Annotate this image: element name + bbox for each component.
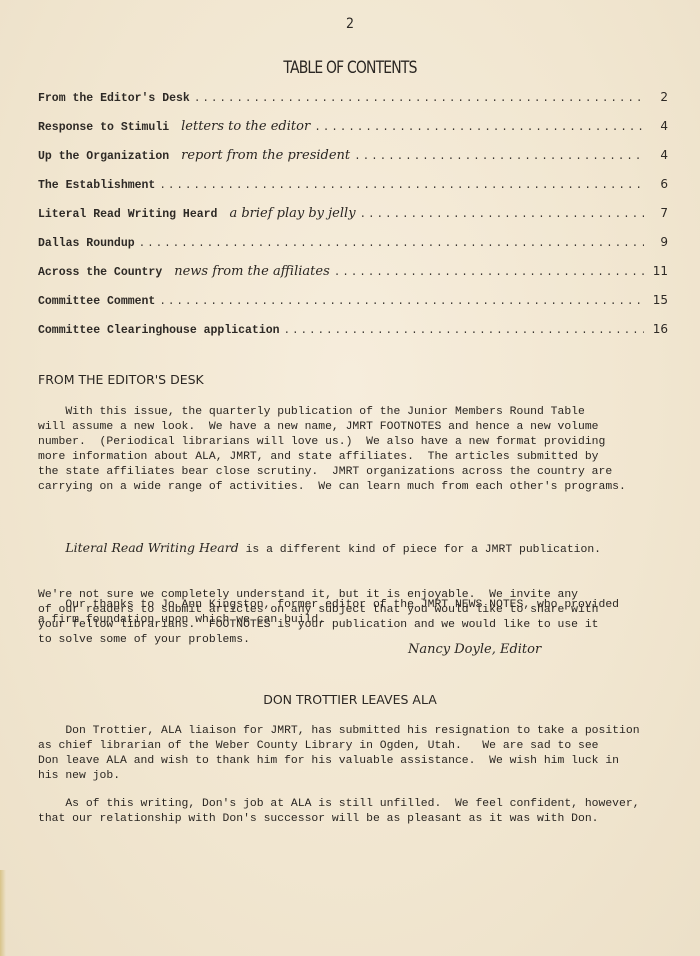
toc-entry-page: 11 [648, 264, 668, 278]
toc-entry-label: Across the Country [38, 266, 162, 279]
toc-entry-page: 4 [648, 148, 668, 162]
editors-desk-paragraph-3: Our thanks to Jo Ann Kingston, former ed… [38, 598, 698, 628]
text-line: a firm foundation upon which we can buil… [38, 613, 698, 628]
toc-entry-label: Committee Comment [38, 295, 155, 308]
dot-leader: ........................................… [139, 238, 644, 250]
dot-leader: ........................................… [360, 209, 644, 221]
text-line: that our relationship with Don's success… [38, 812, 698, 827]
text-line: With this issue, the quarterly publicati… [38, 405, 698, 420]
toc-entry: Committee Comment.......................… [38, 293, 668, 313]
text-line: As of this writing, Don's job at ALA is … [38, 797, 698, 812]
text-line: number. (Periodical librarians will love… [38, 435, 698, 450]
dot-leader: ........................................… [159, 180, 644, 192]
trottier-paragraph-2: As of this writing, Don's job at ALA is … [38, 797, 698, 827]
text-line: more information about ALA, JMRT, and st… [38, 450, 698, 465]
toc-entry-page: 6 [648, 177, 668, 191]
editor-signature: Nancy Doyle, Editor [408, 642, 541, 657]
toc-entry-page: 2 [648, 90, 668, 104]
toc-entry-label: Literal Read Writing Heard [38, 208, 217, 221]
toc-entry-subtitle: report from the president [181, 148, 350, 163]
toc-entry-page: 7 [648, 206, 668, 220]
page-edge-stain [0, 870, 6, 956]
page-number: 2 [0, 16, 700, 32]
text-line: carrying on a wide range of activities. … [38, 480, 698, 495]
toc-entry-label: Committee Clearinghouse application [38, 324, 280, 337]
toc-entry-label: Response to Stimuli [38, 121, 169, 134]
trottier-paragraph-1: Don Trottier, ALA liaison for JMRT, has … [38, 724, 698, 784]
text-line: as chief librarian of the Weber County L… [38, 739, 698, 754]
paragraph-first-line: Literal Read Writing Heard is a differen… [38, 540, 698, 558]
dot-leader: ........................................… [194, 93, 644, 105]
toc-entry: From the Editor's Desk..................… [38, 90, 668, 110]
toc-entry-subtitle: letters to the editor [181, 119, 310, 134]
toc-title: TABLE OF CONTENTS [63, 58, 637, 78]
text-line: Don leave ALA and wish to thank him for … [38, 754, 698, 769]
editors-desk-paragraph-2: Literal Read Writing Heard is a differen… [38, 510, 698, 678]
text-line: his new job. [38, 769, 698, 784]
editors-desk-paragraph-1: With this issue, the quarterly publicati… [38, 405, 698, 495]
toc-entry-label: Up the Organization [38, 150, 169, 163]
text-line: to solve some of your problems. [38, 633, 698, 648]
text-line: Don Trottier, ALA liaison for JMRT, has … [38, 724, 698, 739]
dot-leader: ........................................… [284, 325, 644, 337]
toc-entry-label: Dallas Roundup [38, 237, 135, 250]
dot-leader: ........................................… [354, 151, 644, 163]
toc-entry-subtitle: news from the affiliates [174, 264, 330, 279]
toc-entry-page: 15 [648, 293, 668, 307]
toc-entry: Committee Clearinghouse application.....… [38, 322, 668, 342]
toc-entry-page: 9 [648, 235, 668, 249]
toc-entry: Up the Organizationreport from the presi… [38, 148, 668, 168]
italic-title: Literal Read Writing Heard [65, 540, 238, 555]
toc-entry: Literal Read Writing Hearda brief play b… [38, 206, 668, 226]
document-page: 2 TABLE OF CONTENTS From the Editor's De… [0, 0, 700, 956]
text-line: the state affiliates bear close scrutiny… [38, 465, 698, 480]
toc-entry-subtitle: a brief play by jelly [229, 206, 355, 221]
toc-entry-page: 4 [648, 119, 668, 133]
toc-entry: Response to Stimuliletters to the editor… [38, 119, 668, 139]
toc-entry: Dallas Roundup..........................… [38, 235, 668, 255]
dot-leader: ........................................… [159, 296, 644, 308]
toc-entry-label: From the Editor's Desk [38, 92, 190, 105]
text-line: will assume a new look. We have a new na… [38, 420, 698, 435]
dot-leader: ........................................… [314, 122, 644, 134]
toc-entry-label: The Establishment [38, 179, 155, 192]
toc-entry-page: 16 [648, 322, 668, 336]
toc-entry: The Establishment.......................… [38, 177, 668, 197]
trottier-heading: DON TROTTIER LEAVES ALA [0, 692, 700, 707]
text-line: Our thanks to Jo Ann Kingston, former ed… [38, 598, 698, 613]
dot-leader: ........................................… [334, 267, 644, 279]
editors-desk-heading: FROM THE EDITOR'S DESK [38, 372, 204, 387]
toc-entry: Across the Countrynews from the affiliat… [38, 264, 668, 284]
